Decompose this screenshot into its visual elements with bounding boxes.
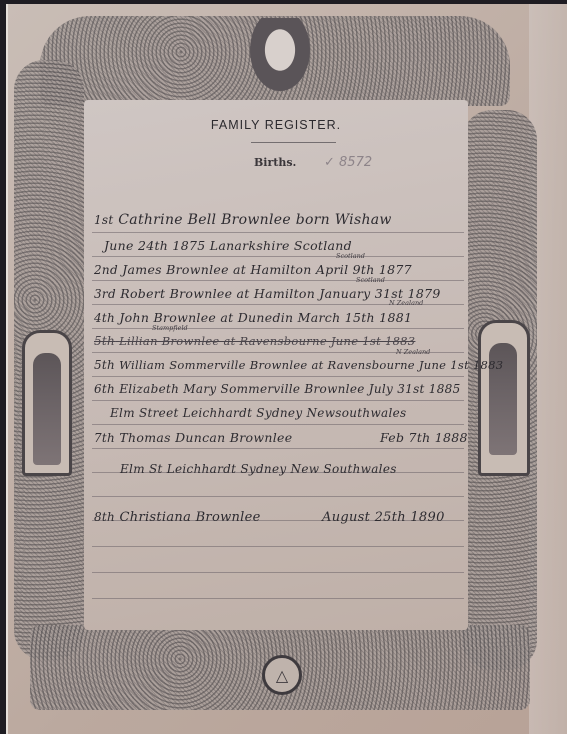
struck-entry-annotation: Stampfield bbox=[152, 324, 188, 332]
birth-entry-4: 4th John Brownlee at Dunedin March 15th … bbox=[94, 310, 412, 325]
entry-2-annotation: Scotland bbox=[336, 252, 365, 260]
entry-4-annotation: N Zealand bbox=[389, 299, 423, 307]
birth-entry-8-date: August 25th 1890 bbox=[322, 510, 445, 525]
birth-entry-6-continuation: Elm Street Leichhardt Sydney Newsouthwal… bbox=[110, 406, 406, 420]
birth-entry-7-date: Feb 7th 1888 bbox=[380, 430, 468, 445]
pencil-catalog-note: ✓ 8572 bbox=[324, 155, 372, 170]
ruled-line bbox=[92, 546, 464, 547]
title-divider bbox=[251, 142, 336, 143]
birth-entry-1: 1st Cathrine Bell Brownlee born Wishaw bbox=[94, 212, 392, 228]
section-heading: Births. bbox=[254, 156, 296, 169]
right-saint-niche bbox=[478, 320, 530, 476]
register-sheet: FAMILY REGISTER. Births. ✓ 8572 1st Cath… bbox=[84, 100, 468, 630]
ruled-line bbox=[92, 598, 464, 599]
ruled-line bbox=[92, 572, 464, 573]
saint-figure-icon bbox=[33, 353, 61, 465]
birth-entry-5-struck: 5th Lillian Brownlee at Ravensbourne Jun… bbox=[94, 334, 415, 348]
birth-entry-5: 5th William Sommerville Brownlee at Rave… bbox=[94, 358, 503, 372]
ruled-line bbox=[92, 448, 464, 449]
page-title: FAMILY REGISTER. bbox=[84, 118, 468, 132]
birth-entry-6: 6th Elizabeth Mary Sommerville Brownlee … bbox=[94, 382, 461, 396]
ruled-line bbox=[92, 424, 464, 425]
birth-entry-1-continuation: June 24th 1875 Lanarkshire Scotland bbox=[104, 238, 352, 253]
birth-entry-7-continuation: Elm St Leichhardt Sydney New Southwales bbox=[120, 462, 397, 476]
madonna-engraving-icon bbox=[245, 18, 315, 98]
ruled-line bbox=[92, 400, 464, 401]
birth-entry-8: 8th Christiana Brownlee bbox=[94, 510, 261, 525]
entry-3-annotation: Scotland bbox=[356, 276, 385, 284]
triangle-medallion-icon: △ bbox=[262, 655, 302, 695]
ruled-line bbox=[92, 280, 464, 281]
ruled-line bbox=[92, 376, 464, 377]
ruled-line bbox=[92, 232, 464, 233]
birth-entry-2: 2nd James Brownlee at Hamilton April 9th… bbox=[94, 262, 412, 277]
entry-5-annotation: N Zealand bbox=[396, 348, 430, 356]
ruled-line bbox=[92, 496, 464, 497]
left-saint-niche bbox=[22, 330, 72, 476]
ruled-line bbox=[92, 256, 464, 257]
birth-entry-7: 6th 7th Thomas Duncan Brownlee bbox=[94, 430, 292, 445]
ruled-line bbox=[92, 328, 464, 329]
